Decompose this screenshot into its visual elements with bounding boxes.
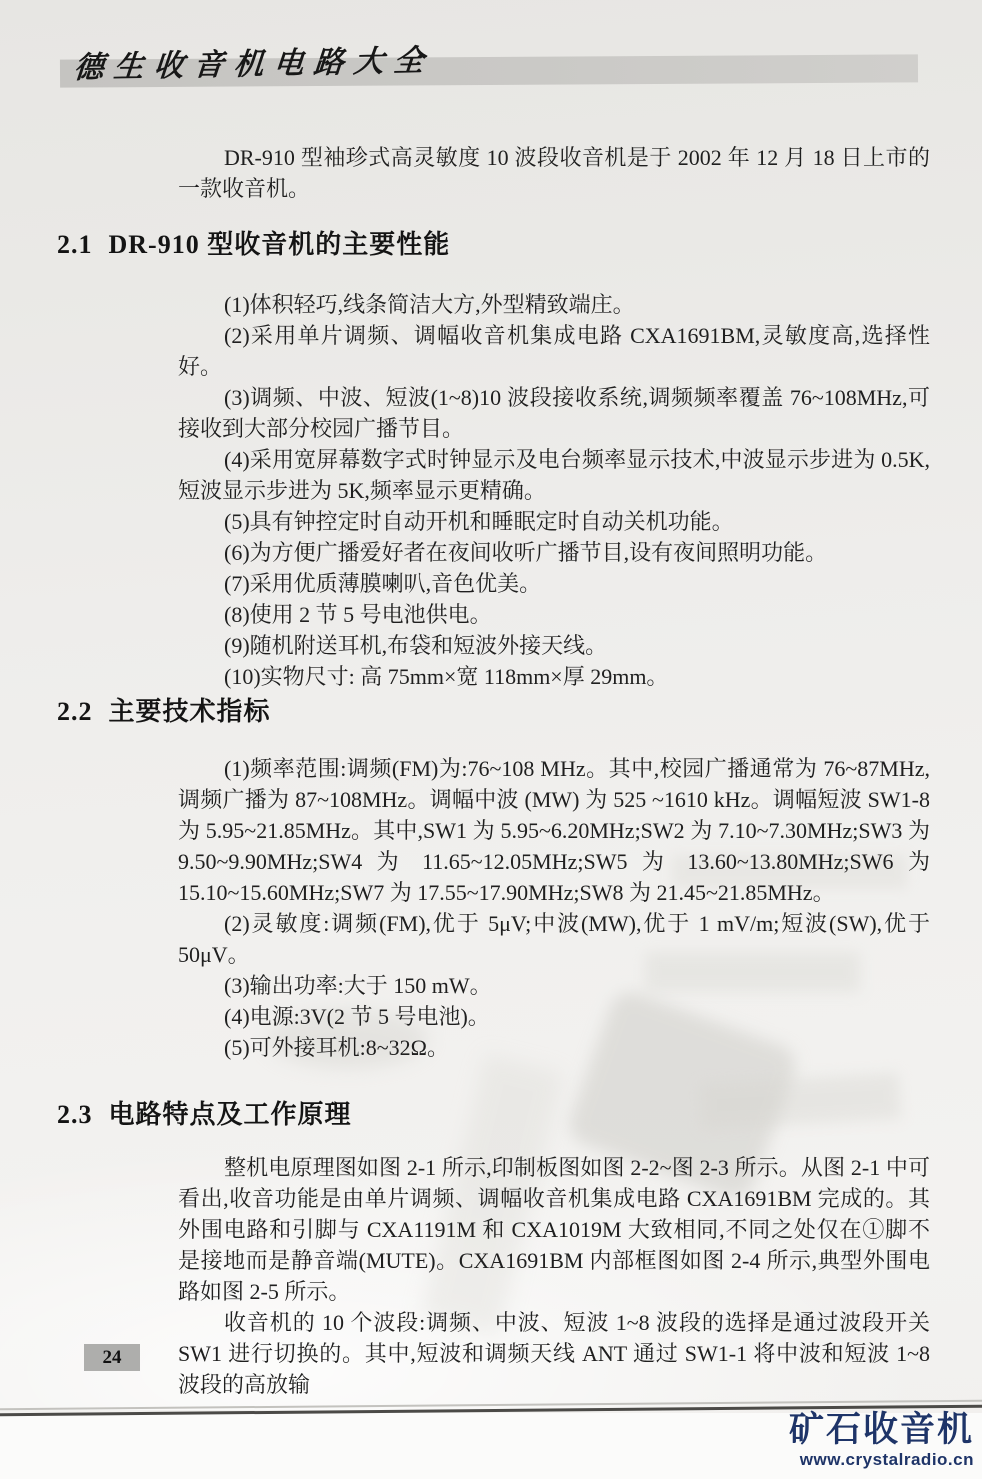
- book-title-header: 德生收音机电路大全: [72, 35, 436, 87]
- section-number: 2.1: [57, 230, 93, 259]
- spec-item: (3)输出功率:大于 150 mW。: [178, 970, 930, 1001]
- section-2-1-feature-list: (1)体积轻巧,线条简洁大方,外型精致端庄。 (2)采用单片调频、调幅收音机集成…: [178, 289, 930, 692]
- body-paragraph: 整机电原理图如图 2-1 所示,印制板图如图 2-2~图 2-3 所示。从图 2…: [178, 1152, 930, 1307]
- watermark-site-name: 矿石收音机: [789, 1410, 974, 1450]
- spec-item: (5)可外接耳机:8~32Ω。: [178, 1032, 930, 1063]
- section-title: 主要技术指标: [109, 697, 271, 726]
- watermark-site-url: www.crystalradio.cn: [789, 1450, 974, 1470]
- section-heading-2-3: 2.3电路特点及工作原理: [57, 1094, 352, 1131]
- crystalradio-watermark: 矿石收音机 www.crystalradio.cn: [789, 1410, 974, 1470]
- feature-item: (9)随机附送耳机,布袋和短波外接天线。: [178, 630, 930, 661]
- feature-item: (8)使用 2 节 5 号电池供电。: [178, 599, 930, 630]
- section-2-3-body: 整机电原理图如图 2-1 所示,印制板图如图 2-2~图 2-3 所示。从图 2…: [178, 1152, 930, 1400]
- section-2-2-spec-list: (1)频率范围:调频(FM)为:76~108 MHz。其中,校园广播通常为 76…: [178, 753, 930, 1063]
- spec-item: (1)频率范围:调频(FM)为:76~108 MHz。其中,校园广播通常为 76…: [178, 753, 930, 908]
- page-number-box: 24: [84, 1344, 140, 1371]
- section-number: 2.2: [57, 697, 93, 726]
- intro-paragraph-block: DR-910 型袖珍式高灵敏度 10 波段收音机是于 2002 年 12 月 1…: [178, 142, 930, 204]
- section-number: 2.3: [57, 1100, 93, 1129]
- feature-item: (7)采用优质薄膜喇叭,音色优美。: [178, 568, 930, 599]
- section-heading-2-1: 2.1DR-910 型收音机的主要性能: [57, 224, 450, 261]
- intro-paragraph: DR-910 型袖珍式高灵敏度 10 波段收音机是于 2002 年 12 月 1…: [178, 142, 930, 204]
- body-paragraph: 收音机的 10 个波段:调频、中波、短波 1~8 波段的选择是通过波段开关 SW…: [178, 1307, 930, 1400]
- feature-item: (10)实物尺寸: 高 75mm×宽 118mm×厚 29mm。: [178, 661, 930, 692]
- page-number: 24: [103, 1347, 122, 1369]
- section-heading-2-2: 2.2主要技术指标: [57, 691, 271, 728]
- feature-item: (4)采用宽屏幕数字式时钟显示及电台频率显示技术,中波显示步进为 0.5K,短波…: [178, 444, 930, 506]
- spec-item: (2)灵敏度:调频(FM),优于 5μV;中波(MW),优于 1 mV/m;短波…: [178, 908, 930, 970]
- feature-item: (6)为方便广播爱好者在夜间收听广播节目,设有夜间照明功能。: [178, 537, 930, 568]
- feature-item: (2)采用单片调频、调幅收音机集成电路 CXA1691BM,灵敏度高,选择性好。: [178, 320, 930, 382]
- feature-item: (3)调频、中波、短波(1~8)10 波段接收系统,调频频率覆盖 76~108M…: [178, 382, 930, 444]
- feature-item: (1)体积轻巧,线条简洁大方,外型精致端庄。: [178, 289, 930, 320]
- feature-item: (5)具有钟控定时自动开机和睡眠定时自动关机功能。: [178, 506, 930, 537]
- spec-item: (4)电源:3V(2 节 5 号电池)。: [178, 1001, 930, 1032]
- section-title: DR-910 型收音机的主要性能: [109, 230, 451, 259]
- section-title: 电路特点及工作原理: [109, 1100, 352, 1129]
